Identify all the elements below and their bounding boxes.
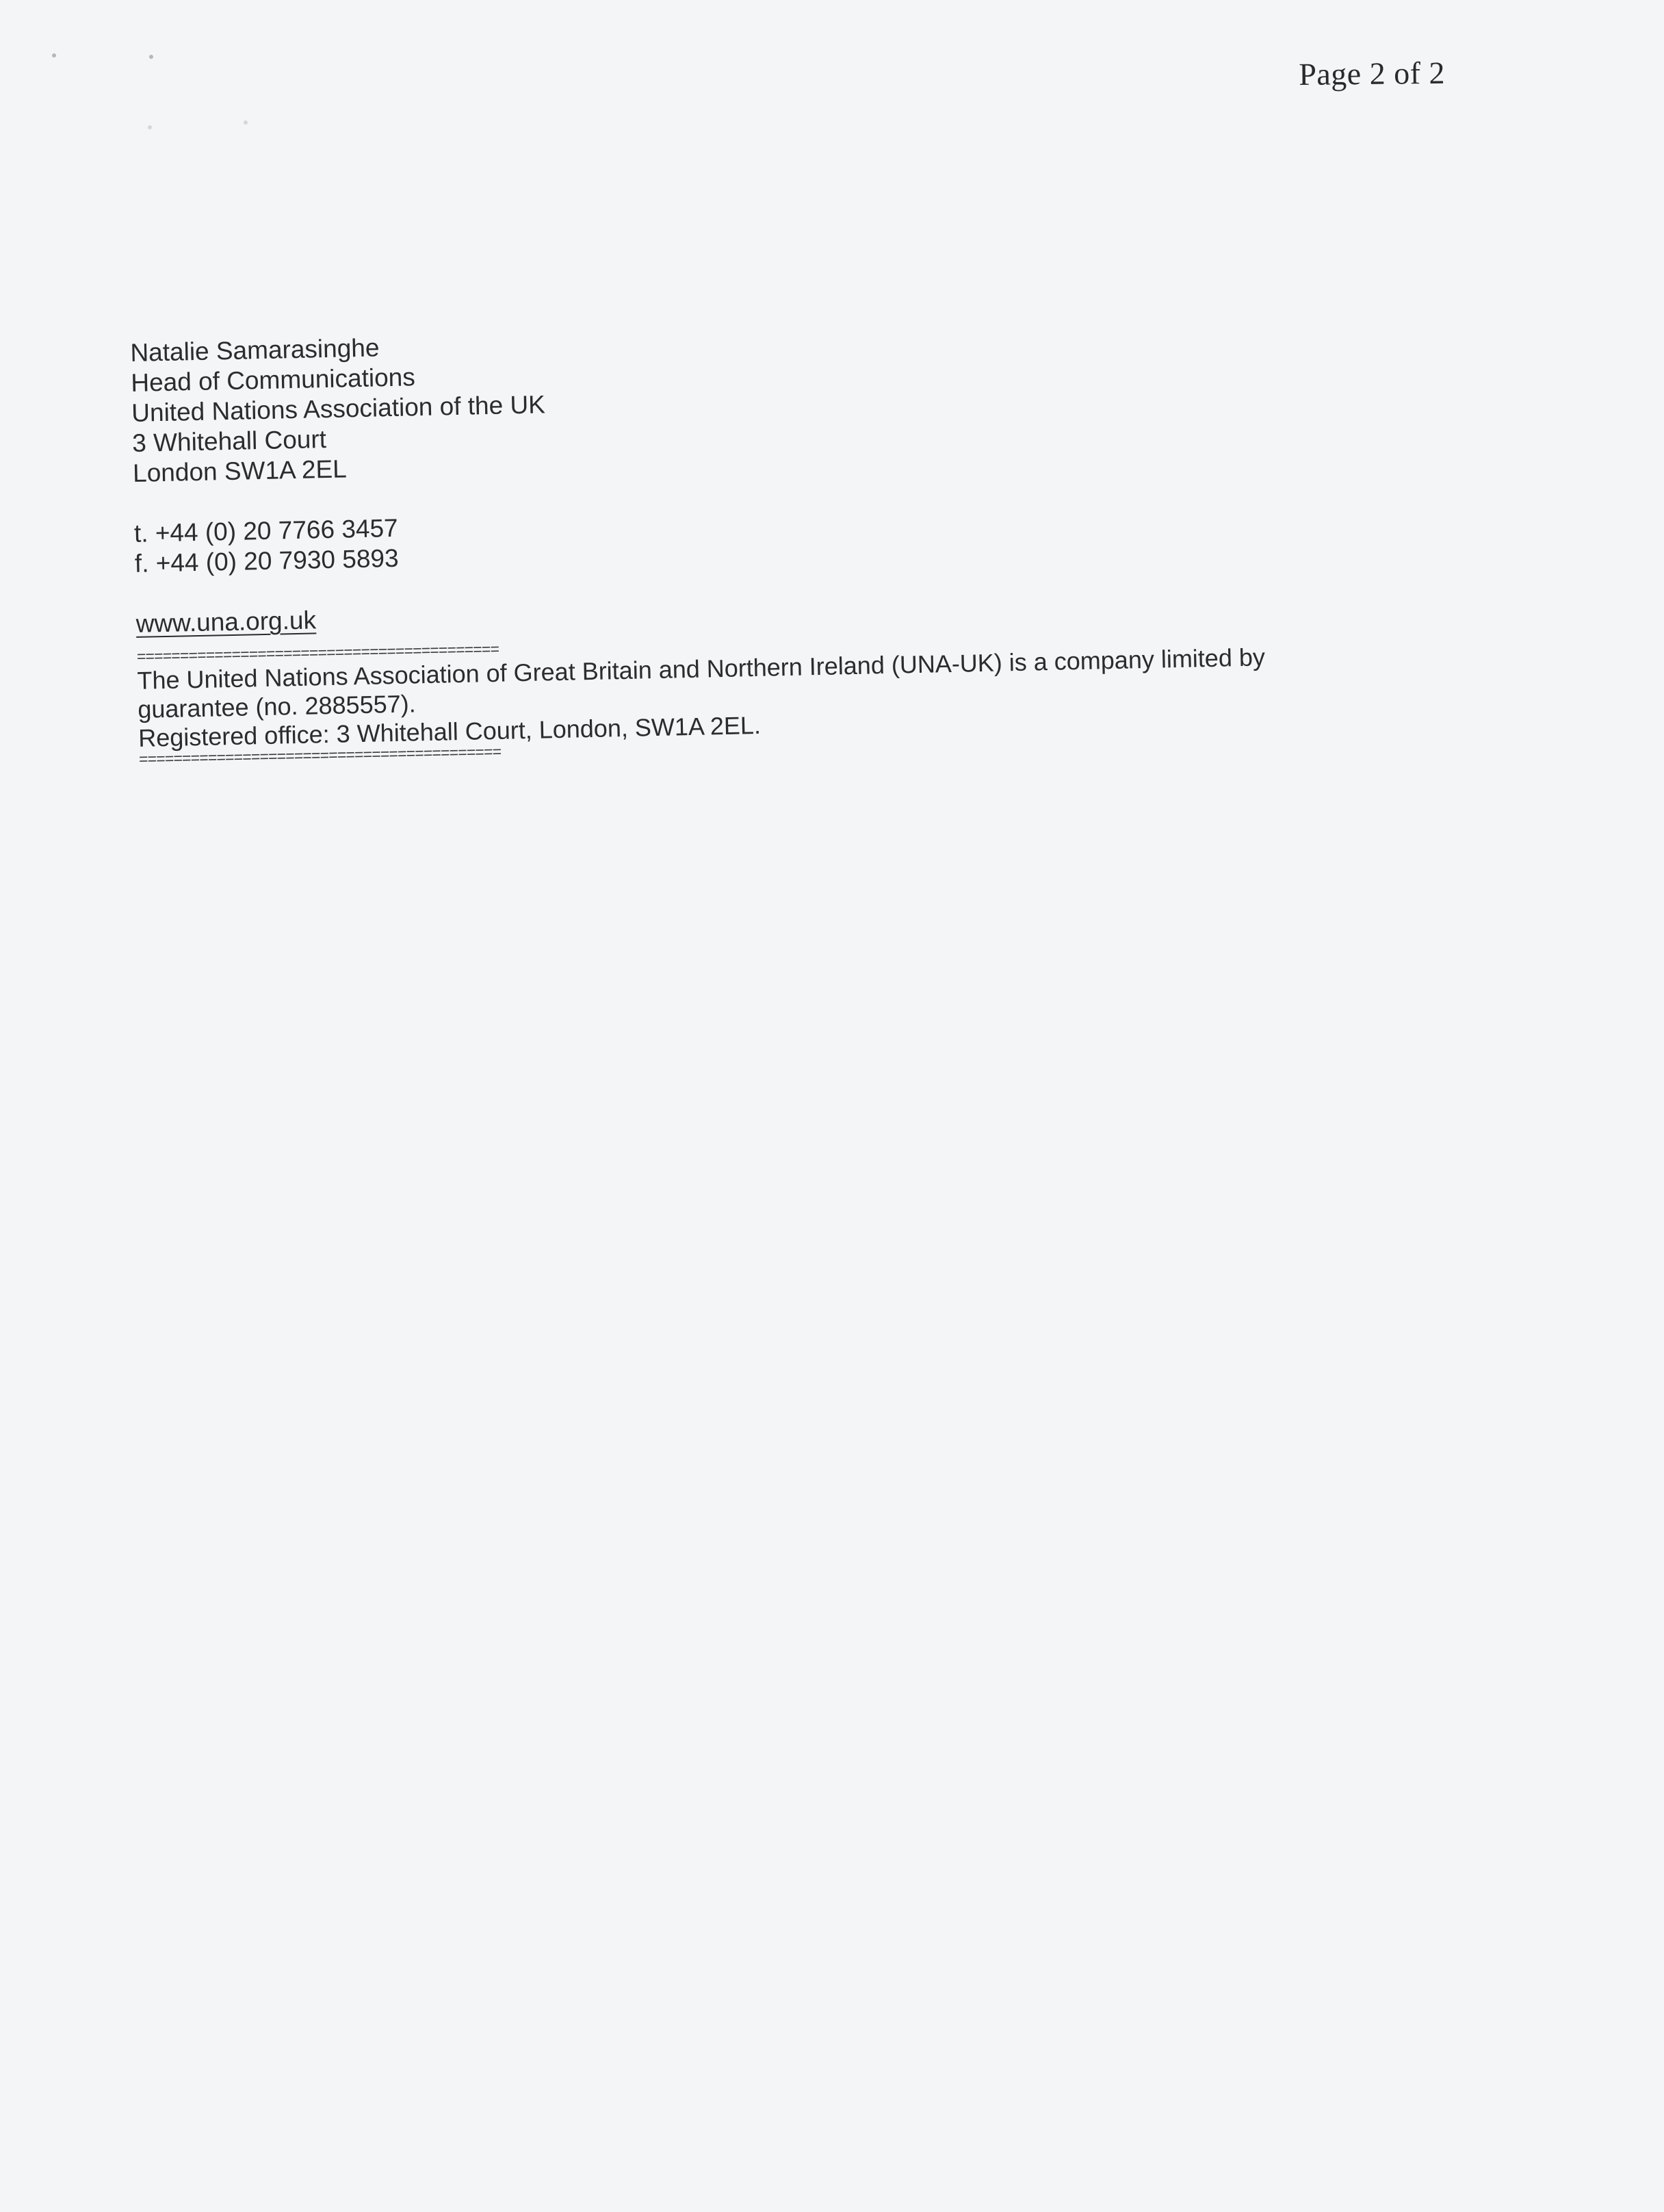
letter-body: Natalie Samarasinghe Head of Communicati… xyxy=(130,314,1267,769)
signature-block: Natalie Samarasinghe Head of Communicati… xyxy=(130,314,1261,488)
scan-speck xyxy=(148,125,152,129)
scanned-letter-page: Page 2 of 2 Natalie Samarasinghe Head of… xyxy=(0,0,1664,2212)
scan-speck xyxy=(52,53,56,57)
scan-speck xyxy=(149,55,153,59)
website-link[interactable]: www.una.org.uk xyxy=(135,606,322,638)
legal-footer: ========================================… xyxy=(137,626,1267,769)
page-number: Page 2 of 2 xyxy=(1299,55,1445,92)
scan-speck xyxy=(244,120,248,125)
